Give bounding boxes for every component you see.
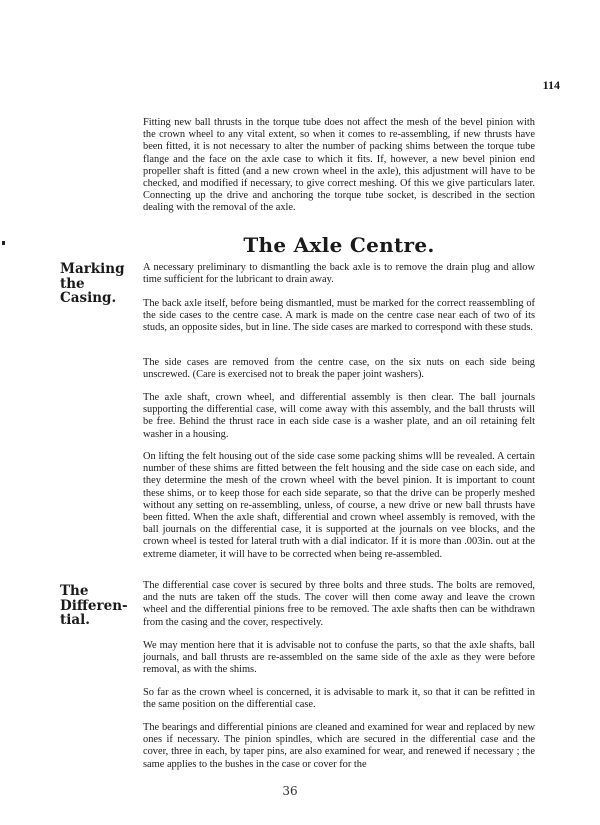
side-heading-line: Differen- <box>60 599 140 614</box>
paragraph-case-cover: The differential case cover is secured b… <box>143 580 535 629</box>
paragraph-shims: On lifting the felt housing out of the s… <box>143 451 535 561</box>
page-number-bottom: 36 <box>270 784 310 798</box>
side-heading-line: Casing. <box>60 291 140 306</box>
paragraph-marking: The back axle itself, before being disma… <box>143 298 535 335</box>
intro-paragraph: Fitting new ball thrusts in the torque t… <box>143 117 535 215</box>
scan-speck <box>2 241 5 245</box>
paragraph-crown-wheel-mark: So far as the crown wheel is concerned, … <box>143 687 535 711</box>
side-heading-line: The <box>60 584 140 599</box>
side-heading-line: the <box>60 277 140 292</box>
paragraph-drain-plug: A necessary preliminary to dismantling t… <box>143 262 535 286</box>
page-number-top: 114 <box>520 78 560 93</box>
side-heading-line: Marking <box>60 262 140 277</box>
side-heading-the-differential: The Differen- tial. <box>60 584 140 628</box>
paragraph-bearings: The bearings and differential pinions ar… <box>143 722 535 771</box>
side-heading-line: tial. <box>60 613 140 628</box>
section-title: The Axle Centre. <box>143 233 535 257</box>
paragraph-axle-shaft: The axle shaft, crown wheel, and differe… <box>143 392 535 441</box>
side-heading-marking-the-casing: Marking the Casing. <box>60 262 140 306</box>
paragraph-side-cases: The side cases are removed from the cent… <box>143 357 535 381</box>
paragraph-confuse-parts: We may mention here that it is advisable… <box>143 640 535 677</box>
